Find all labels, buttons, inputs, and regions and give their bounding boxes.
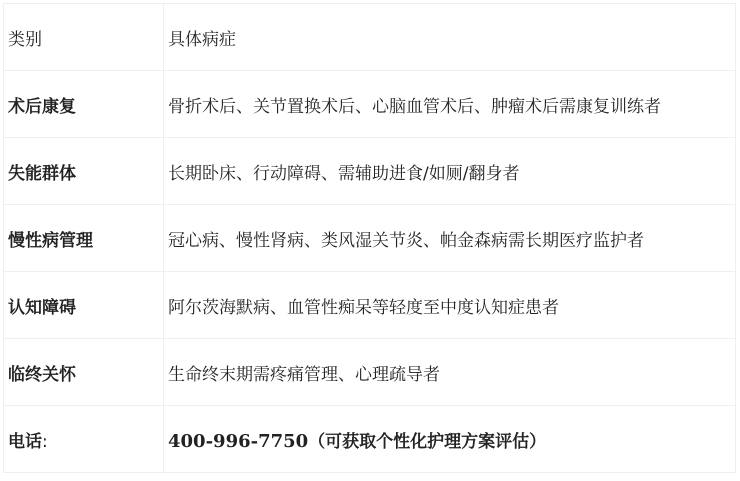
contact-row: 电话: 400-996-7750（可获取个性化护理方案评估）: [4, 406, 736, 473]
table-row: 术后康复 骨折术后、关节置换术后、心脑血管术后、肿瘤术后需康复训练者: [4, 71, 736, 138]
row-category: 失能群体: [4, 138, 164, 205]
table-row: 认知障碍 阿尔茨海默病、血管性痴呆等轻度至中度认知症患者: [4, 272, 736, 339]
row-detail: 长期卧床、行动障碍、需辅助进食/如厕/翻身者: [164, 138, 736, 205]
row-detail: 阿尔茨海默病、血管性痴呆等轻度至中度认知症患者: [164, 272, 736, 339]
phone-note: （可获取个性化护理方案评估）: [308, 432, 546, 452]
row-category: 认知障碍: [4, 272, 164, 339]
row-category: 临终关怀: [4, 339, 164, 406]
contact-colon: :: [42, 432, 48, 452]
row-detail: 生命终末期需疼痛管理、心理疏导者: [164, 339, 736, 406]
row-detail: 冠心病、慢性肾病、类风湿关节炎、帕金森病需长期医疗监护者: [164, 205, 736, 272]
header-detail: 具体病症: [164, 4, 736, 71]
table-row: 失能群体 长期卧床、行动障碍、需辅助进食/如厕/翻身者: [4, 138, 736, 205]
contact-value-cell: 400-996-7750（可获取个性化护理方案评估）: [164, 406, 736, 473]
row-category: 慢性病管理: [4, 205, 164, 272]
contact-label-cell: 电话:: [4, 406, 164, 473]
row-category: 术后康复: [4, 71, 164, 138]
row-detail: 骨折术后、关节置换术后、心脑血管术后、肿瘤术后需康复训练者: [164, 71, 736, 138]
table-row: 慢性病管理 冠心病、慢性肾病、类风湿关节炎、帕金森病需长期医疗监护者: [4, 205, 736, 272]
phone-number[interactable]: 400-996-7750: [168, 431, 308, 452]
header-category: 类别: [4, 4, 164, 71]
contact-label: 电话: [8, 432, 42, 452]
table-row: 临终关怀 生命终末期需疼痛管理、心理疏导者: [4, 339, 736, 406]
care-category-table: 类别 具体病症 术后康复 骨折术后、关节置换术后、心脑血管术后、肿瘤术后需康复训…: [3, 3, 736, 473]
table-header-row: 类别 具体病症: [4, 4, 736, 71]
